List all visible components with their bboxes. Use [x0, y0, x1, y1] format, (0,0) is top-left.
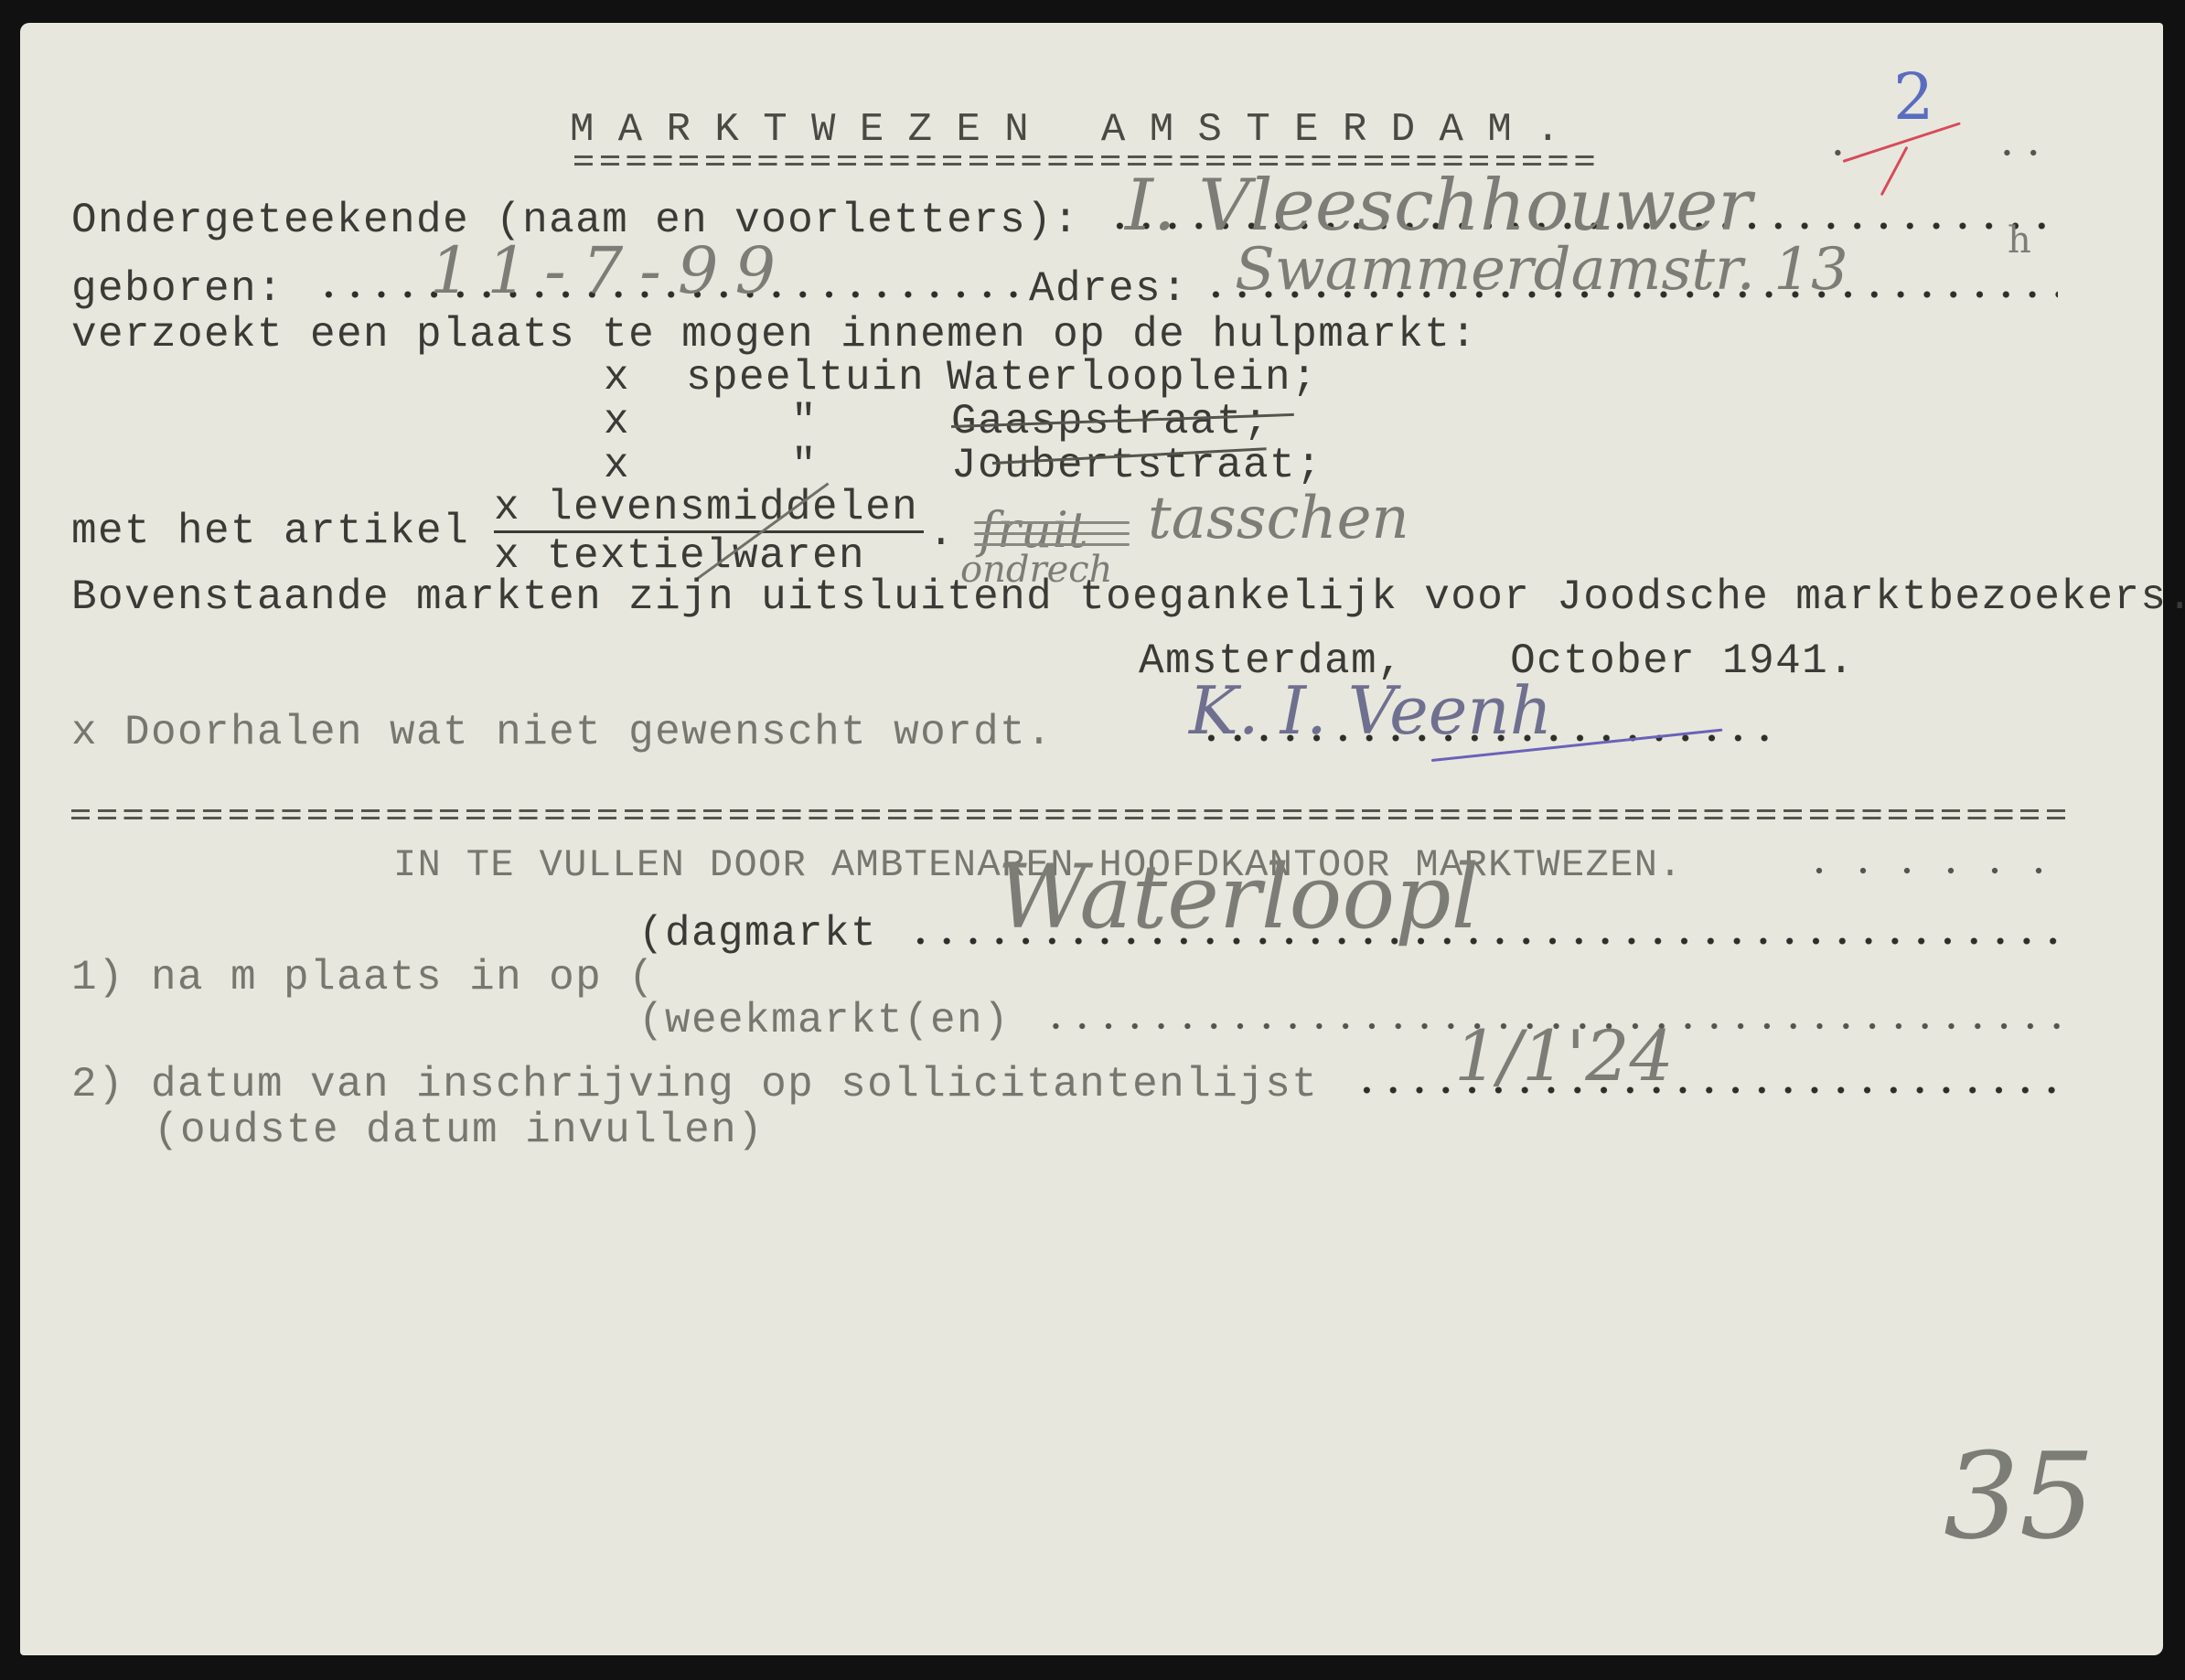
notice-text: Bovenstaande markten zijn uitsluitend to… [71, 576, 2185, 618]
market-type: " [791, 444, 818, 487]
page-mark-numerator: 2 [1893, 59, 1934, 134]
dagmarkt-label: (dagmarkt [638, 913, 877, 955]
address-suffix: h [2008, 219, 2031, 262]
heading-trailing-dots [1797, 867, 2072, 874]
item-1-label: 1) na m plaats in op ( [71, 957, 655, 999]
weekmarkt-label: (weekmarkt(en) [638, 1000, 1010, 1042]
article-option-levensmiddelen[interactable]: x levensmiddelen [494, 487, 918, 529]
market-mark[interactable]: x [604, 357, 630, 399]
form-title: M A R K T W E Z E N A M S T E R D A M . [570, 110, 1560, 150]
market-type: speeltuin [686, 357, 925, 399]
address-label: Adres: [1029, 268, 1188, 310]
name-value: I. Vleeschhouwer [1125, 165, 1752, 247]
article-handwritten-tasschen: tasschen [1148, 485, 1409, 552]
page-mark-dots [1994, 149, 2040, 156]
market-name-waterlooplein: Waterlooplein; [947, 357, 1318, 399]
item-2-label: 2) datum van inschrijving op sollicitant… [71, 1064, 1318, 1106]
page-mark-dots [1825, 149, 1861, 156]
market-name-joubertstraat: Joubertstraat; [951, 444, 1323, 487]
signature: K. I. Veenh [1189, 672, 1552, 749]
strike-instruction: x Doorhalen wat niet gewenscht wordt. [71, 712, 1053, 754]
section-separator [71, 809, 2065, 820]
request-text: verzoekt een plaats te mogen innemen op … [71, 314, 1477, 356]
market-type: " [791, 401, 818, 443]
item-2-note: (oudste datum invullen) [154, 1109, 764, 1151]
born-value: 11-7-99 [430, 233, 792, 308]
market-mark[interactable]: x [604, 401, 630, 443]
dagmarkt-value: Waterloopl [997, 846, 1479, 948]
article-period: . [928, 512, 955, 554]
article-option-textielwaren[interactable]: x textielwaren [494, 535, 865, 577]
strike-fruit [974, 543, 1130, 546]
strike-fruit [974, 532, 1130, 535]
item-2-value: 1/1'24 [1454, 1015, 1674, 1097]
strike-fruit [974, 521, 1130, 524]
market-mark[interactable]: x [604, 444, 630, 487]
born-label: geboren: [71, 268, 284, 310]
article-label: met het artikel [71, 510, 469, 552]
folio-number: 35 [1944, 1427, 2094, 1566]
address-value: Swammerdamstr. 13 [1235, 236, 1848, 304]
